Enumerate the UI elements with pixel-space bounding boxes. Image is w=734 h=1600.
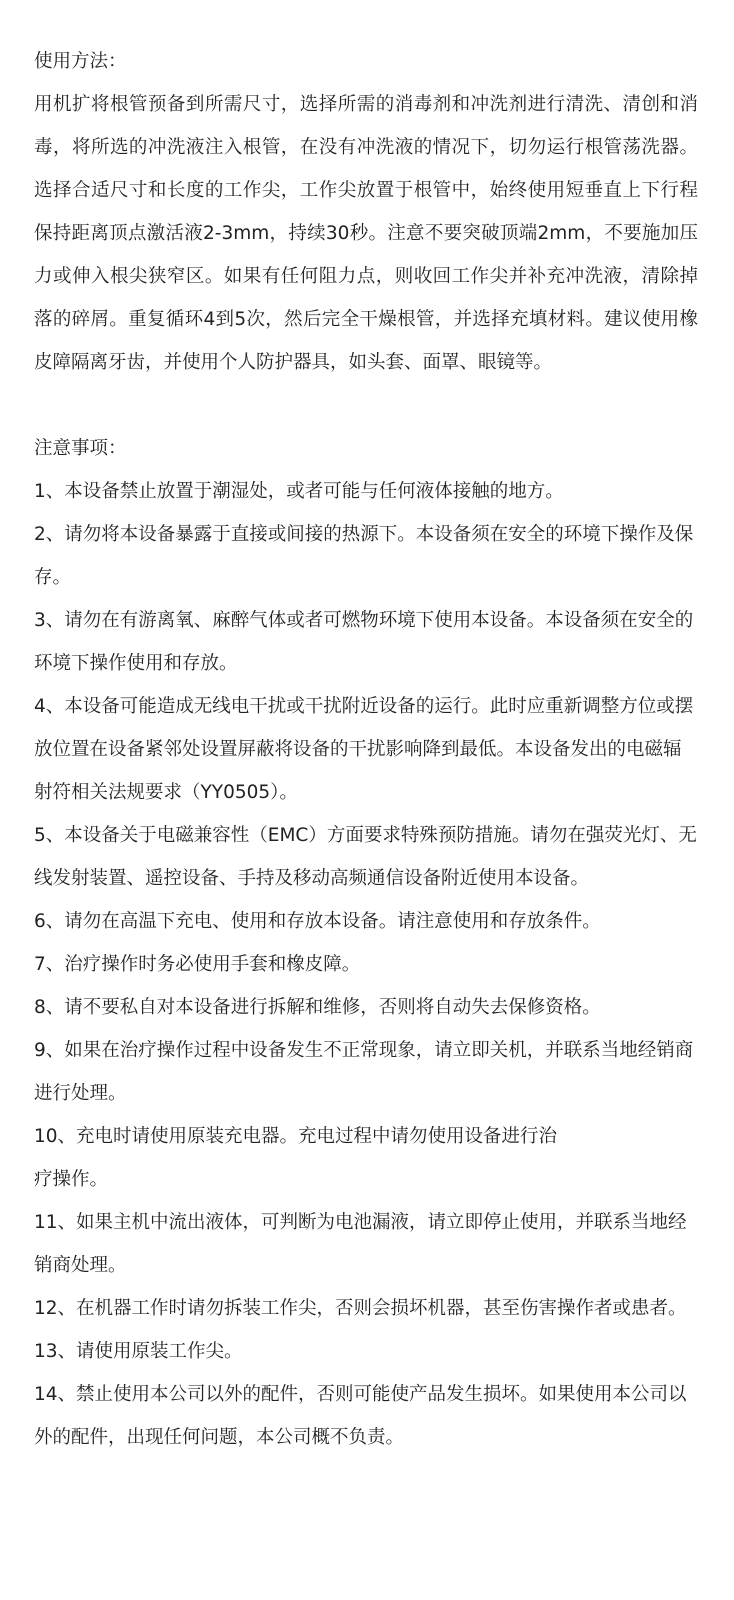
note-item-11: 11、如果主机中流出液体，可判断为电池漏液，请立即停止使用，并联系当地经销商处理… bbox=[34, 1201, 698, 1287]
note-item-13: 13、请使用原装工作尖。 bbox=[34, 1330, 698, 1373]
note-item-3: 3、请勿在有游离氧、麻醉气体或者可燃物环境下使用本设备。本设备须在安全的环境下操… bbox=[34, 599, 698, 685]
section-spacer bbox=[34, 384, 698, 427]
notes-title: 注意事项： bbox=[34, 427, 698, 470]
usage-title: 使用方法： bbox=[34, 40, 698, 83]
note-item-14: 14、禁止使用本公司以外的配件，否则可能使产品发生损坏。如果使用本公司以外的配件… bbox=[34, 1373, 698, 1459]
note-item-8: 8、请不要私自对本设备进行拆解和维修，否则将自动失去保修资格。 bbox=[34, 986, 698, 1029]
note-item-10-continued: 疗操作。 bbox=[34, 1158, 698, 1201]
note-item-5: 5、本设备关于电磁兼容性（EMC）方面要求特殊预防措施。请勿在强荧光灯、无线发射… bbox=[34, 814, 698, 900]
notes-section: 注意事项： 1、本设备禁止放置于潮湿处，或者可能与任何液体接触的地方。 2、请勿… bbox=[34, 427, 698, 1459]
note-item-7: 7、治疗操作时务必使用手套和橡皮障。 bbox=[34, 943, 698, 986]
note-item-2: 2、请勿将本设备暴露于直接或间接的热源下。本设备须在安全的环境下操作及保存。 bbox=[34, 513, 698, 599]
note-item-10: 10、充电时请使用原装充电器。充电过程中请勿使用设备进行治 bbox=[34, 1115, 698, 1158]
note-item-4: 4、本设备可能造成无线电干扰或干扰附近设备的运行。此时应重新调整方位或摆放位置在… bbox=[34, 685, 698, 814]
note-item-6: 6、请勿在高温下充电、使用和存放本设备。请注意使用和存放条件。 bbox=[34, 900, 698, 943]
instruction-document: 使用方法： 用机扩将根管预备到所需尺寸，选择所需的消毒剂和冲洗剂进行清洗、清创和… bbox=[34, 40, 698, 1459]
note-item-1: 1、本设备禁止放置于潮湿处，或者可能与任何液体接触的地方。 bbox=[34, 470, 698, 513]
note-item-9: 9、如果在治疗操作过程中设备发生不正常现象，请立即关机，并联系当地经销商进行处理… bbox=[34, 1029, 698, 1115]
usage-section: 使用方法： 用机扩将根管预备到所需尺寸，选择所需的消毒剂和冲洗剂进行清洗、清创和… bbox=[34, 40, 698, 384]
usage-body: 用机扩将根管预备到所需尺寸，选择所需的消毒剂和冲洗剂进行清洗、清创和消毒，将所选… bbox=[34, 83, 698, 384]
notes-list: 1、本设备禁止放置于潮湿处，或者可能与任何液体接触的地方。 2、请勿将本设备暴露… bbox=[34, 470, 698, 1459]
note-item-12: 12、在机器工作时请勿拆装工作尖，否则会损坏机器，甚至伤害操作者或患者。 bbox=[34, 1287, 698, 1330]
